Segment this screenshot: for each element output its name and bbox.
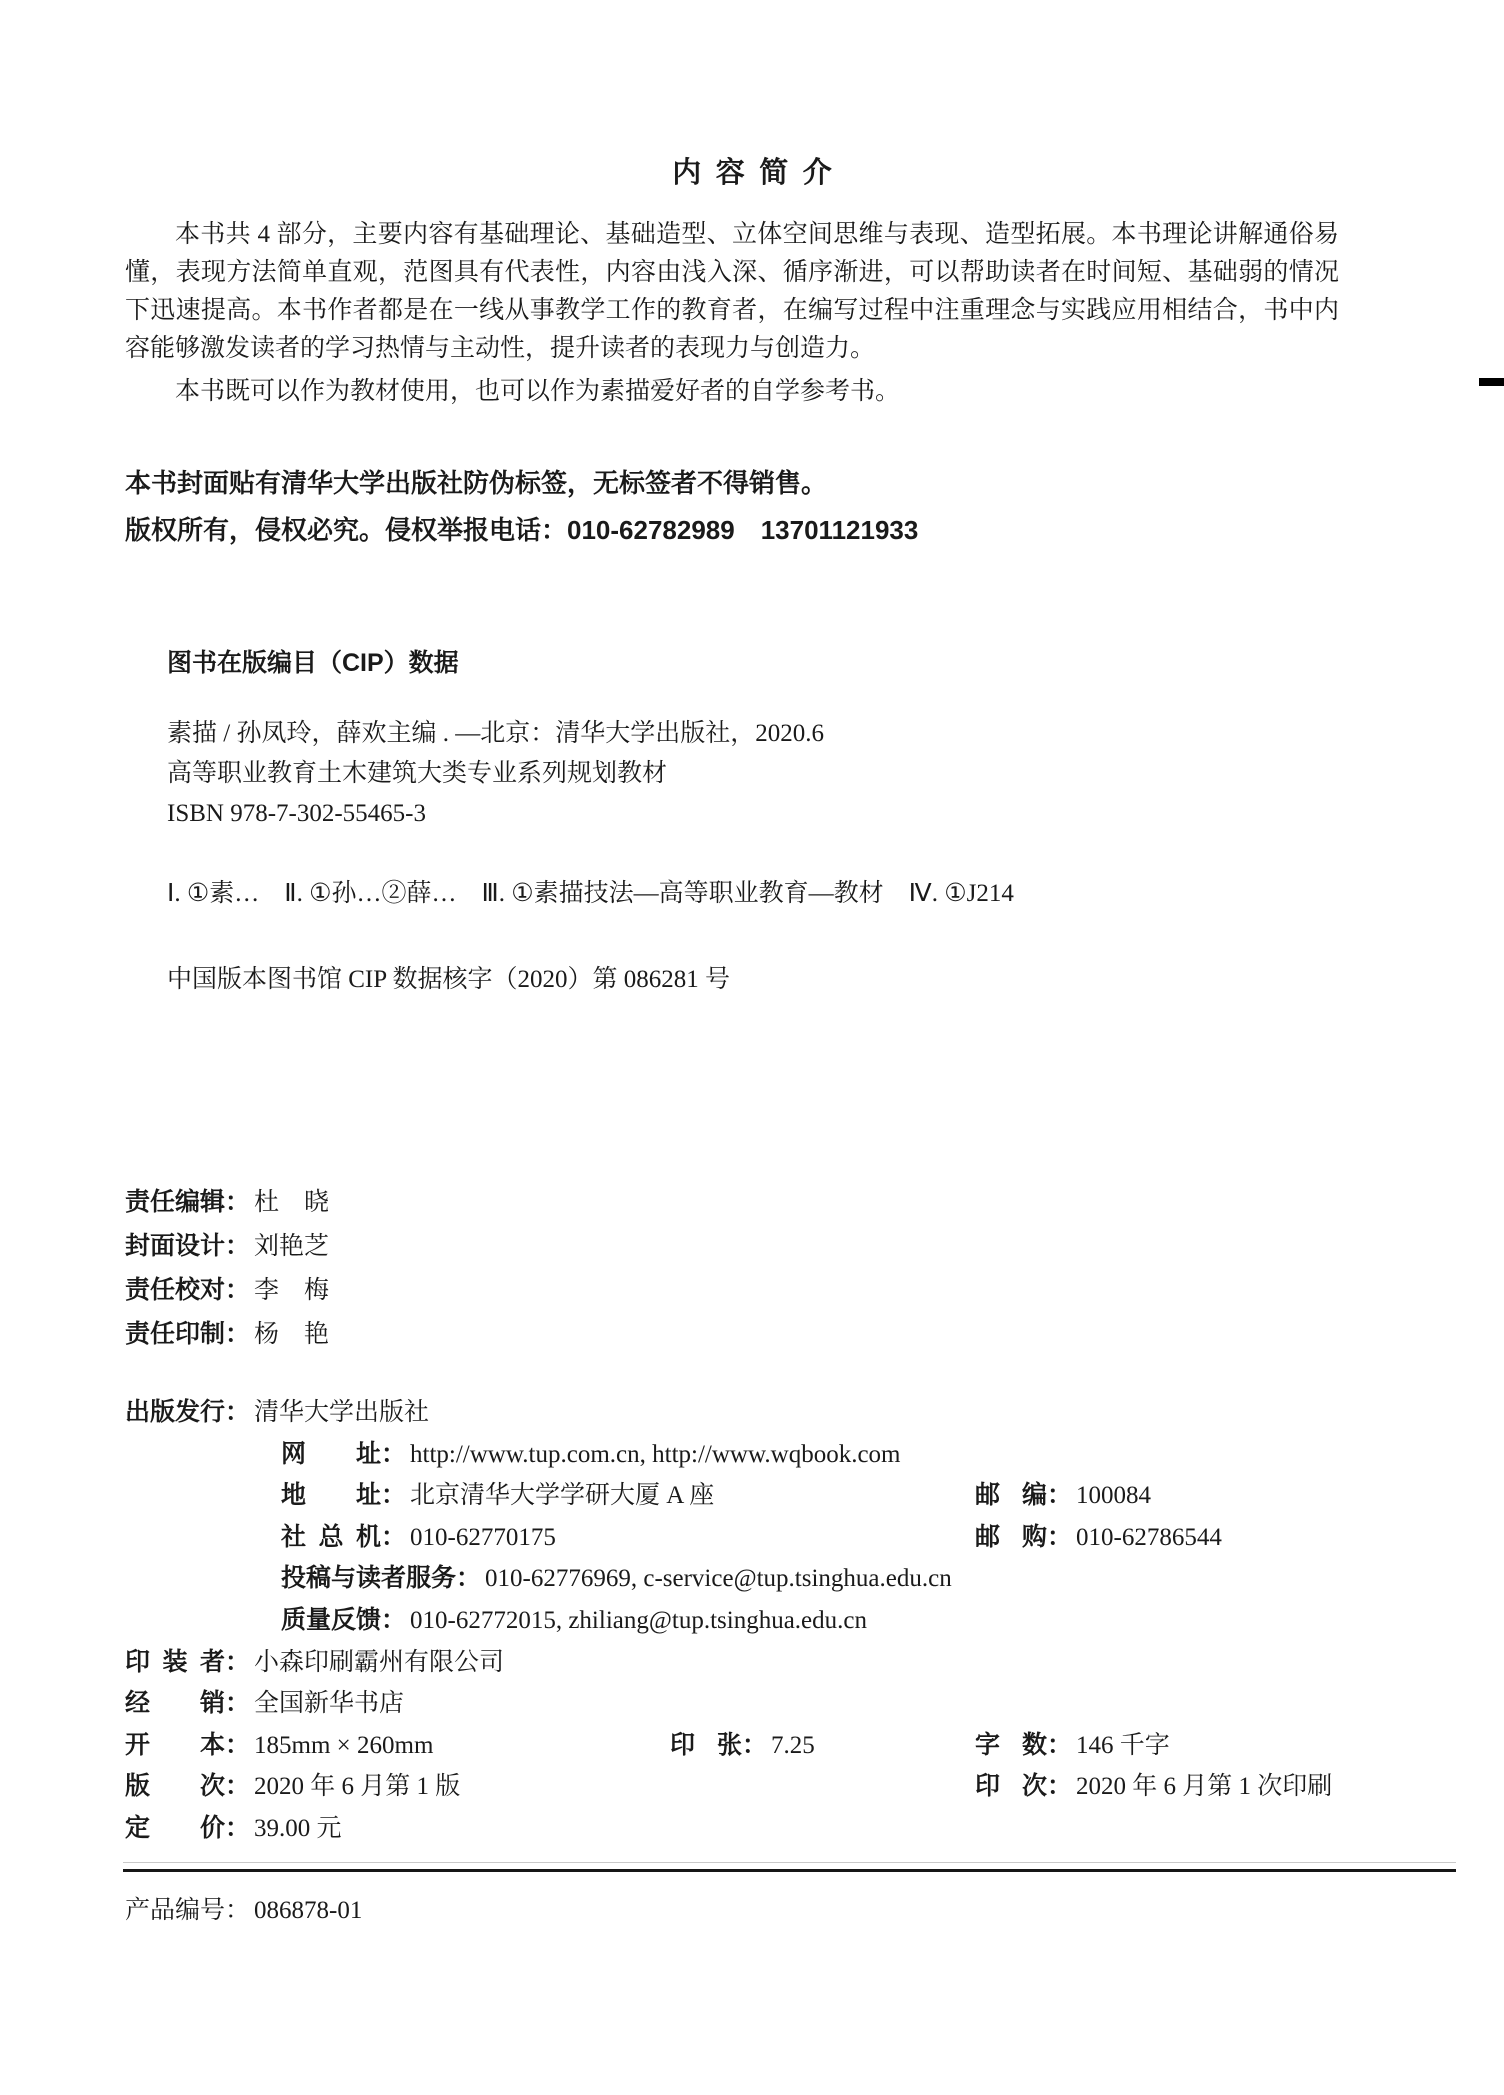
page-title: 内容简介: [0, 150, 1504, 191]
field-value: 010-62772015, zhiliang@tup.tsinghua.edu.…: [410, 1607, 867, 1634]
staff-label: 责任校对: [125, 1270, 225, 1306]
staff-label: 责任编辑: [125, 1182, 225, 1218]
field-value: http://www.tup.com.cn, http://www.wqbook…: [410, 1441, 900, 1468]
colon: ：: [456, 1564, 485, 1592]
cip-classification: Ⅰ. ①素… Ⅱ. ①孙…②薛… Ⅲ. ①素描技法—高等职业教育—教材 Ⅳ. ①…: [167, 874, 1014, 914]
colon: ：: [381, 1523, 410, 1551]
field-value: 010-62776969, c-service@tup.tsinghua.edu…: [485, 1565, 952, 1592]
divider-shadow: [123, 1862, 1456, 1863]
colon: ：: [225, 1897, 254, 1924]
colon: ：: [225, 1188, 254, 1216]
colon: ：: [225, 1232, 254, 1260]
field-label: 印装者: [125, 1642, 225, 1678]
colon: ：: [225, 1731, 254, 1759]
cip-title-line: 素描 / 孙凤玲，薛欢主编 . —北京：清华大学出版社，2020.6: [167, 714, 1014, 754]
staff-credits: 责任编辑：杜 晓 封面设计：刘艳芝 责任校对：李 梅 责任印制：杨 艳: [125, 1182, 329, 1358]
intro-paragraph-2: 本书既可以作为教材使用，也可以作为素描爱好者的自学参考书。: [125, 373, 1339, 411]
cip-isbn: ISBN 978-7-302-55465-3: [167, 794, 1014, 834]
divider: [123, 1869, 1456, 1872]
field-label: 地址: [281, 1475, 381, 1511]
field-label: 出版发行: [125, 1392, 225, 1428]
colon: ：: [225, 1320, 254, 1348]
field-label: 印次: [975, 1766, 1047, 1802]
field-value: 39.00 元: [254, 1815, 342, 1842]
field-value: 清华大学出版社: [254, 1399, 429, 1426]
staff-name: 杨 艳: [254, 1321, 329, 1348]
staff-row-editor: 责任编辑：杜 晓: [125, 1182, 329, 1226]
cip-record-number: 中国版本图书馆 CIP 数据核字（2020）第 086281 号: [167, 960, 1014, 1000]
staff-row-print-production: 责任印制：杨 艳: [125, 1314, 329, 1358]
field-value: 7.25: [771, 1732, 815, 1759]
field-label: 质量反馈: [281, 1600, 381, 1636]
edge-index-mark: [1479, 378, 1504, 386]
product-code-label: 产品编号: [125, 1897, 225, 1924]
intro-paragraph-1: 本书共 4 部分，主要内容有基础理论、基础造型、立体空间思维与表现、造型拓展。本…: [125, 216, 1339, 368]
staff-row-proofreader: 责任校对：李 梅: [125, 1270, 329, 1314]
cip-heading: 图书在版编目（CIP）数据: [167, 648, 1014, 678]
field-label: 版次: [125, 1766, 225, 1802]
staff-label: 责任印制: [125, 1314, 225, 1350]
field-value: 2020 年 6 月第 1 次印刷: [1076, 1773, 1332, 1800]
field-value: 100084: [1076, 1482, 1151, 1509]
colon: ：: [742, 1731, 771, 1759]
colon: ：: [225, 1772, 254, 1800]
cip-block: 图书在版编目（CIP）数据 素描 / 孙凤玲，薛欢主编 . —北京：清华大学出版…: [167, 648, 1014, 1000]
colon: ：: [1047, 1772, 1076, 1800]
anti-counterfeit-notice: 本书封面贴有清华大学出版社防伪标签，无标签者不得销售。: [125, 460, 918, 507]
colon: ：: [225, 1814, 254, 1842]
staff-label: 封面设计: [125, 1226, 225, 1262]
field-value: 010-62770175: [410, 1524, 556, 1551]
staff-name: 李 梅: [254, 1277, 329, 1304]
cip-series-line: 高等职业教育土木建筑大类专业系列规划教材: [167, 754, 1014, 794]
colon: ：: [381, 1606, 410, 1634]
field-value: 北京清华大学学研大厦 A 座: [410, 1482, 714, 1509]
staff-name: 刘艳芝: [254, 1233, 329, 1260]
product-code-line: 产品编号：086878-01: [125, 1890, 362, 1926]
field-value: 全国新华书店: [254, 1690, 404, 1717]
field-value: 146 千字: [1076, 1732, 1170, 1759]
colon: ：: [1047, 1523, 1076, 1551]
field-label: 网址: [281, 1434, 381, 1470]
field-label: 邮购: [975, 1517, 1047, 1553]
staff-row-cover-design: 封面设计：刘艳芝: [125, 1226, 329, 1270]
field-label: 投稿与读者服务: [281, 1558, 456, 1594]
field-value: 185mm × 260mm: [254, 1732, 433, 1759]
colon: ：: [225, 1648, 254, 1676]
legal-notices: 本书封面贴有清华大学出版社防伪标签，无标签者不得销售。 版权所有，侵权必究。侵权…: [125, 460, 918, 554]
colon: ：: [225, 1276, 254, 1304]
colon: ：: [225, 1689, 254, 1717]
staff-name: 杜 晓: [254, 1189, 329, 1216]
field-label: 定价: [125, 1808, 225, 1844]
field-value: 小森印刷霸州有限公司: [254, 1649, 504, 1676]
field-value: 010-62786544: [1076, 1524, 1222, 1551]
field-label: 开本: [125, 1725, 225, 1761]
intro-section: 本书共 4 部分，主要内容有基础理论、基础造型、立体空间思维与表现、造型拓展。本…: [125, 216, 1339, 411]
product-code-value: 086878-01: [254, 1897, 362, 1924]
colon: ：: [1047, 1731, 1076, 1759]
field-label: 字数: [975, 1725, 1047, 1761]
field-label: 邮编: [975, 1475, 1047, 1511]
field-label: 经销: [125, 1683, 225, 1719]
colon: ：: [225, 1398, 254, 1426]
copyright-page: 内容简介 本书共 4 部分，主要内容有基础理论、基础造型、立体空间思维与表现、造…: [0, 0, 1504, 2095]
field-value: 2020 年 6 月第 1 版: [254, 1773, 460, 1800]
field-label: 社总机: [281, 1517, 381, 1553]
colon: ：: [381, 1481, 410, 1509]
colon: ：: [381, 1440, 410, 1468]
field-label: 印张: [670, 1725, 742, 1761]
copyright-notice: 版权所有，侵权必究。侵权举报电话：010-62782989 1370112193…: [125, 507, 918, 554]
colon: ：: [1047, 1481, 1076, 1509]
